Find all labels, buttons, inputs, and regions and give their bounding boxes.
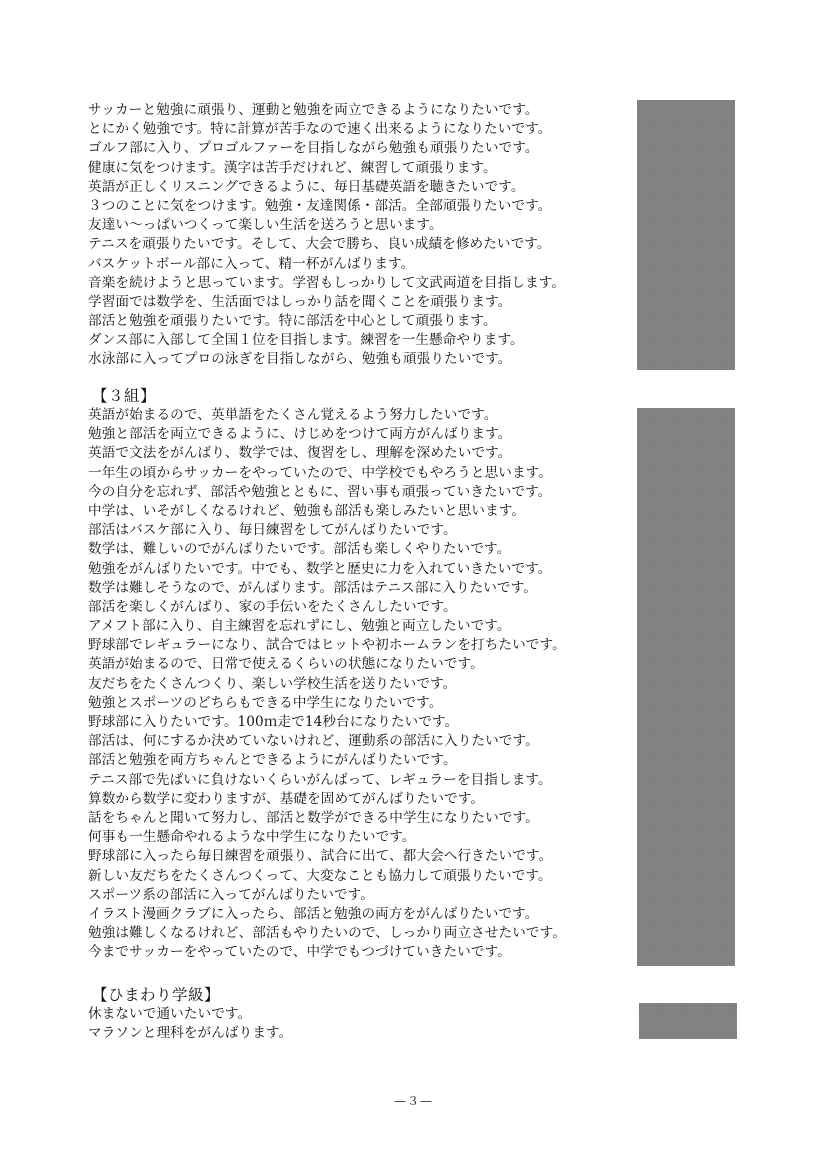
list-item: 勉強と部活を両立できるように、けじめをつけて両方がんばります。 — [88, 425, 618, 444]
list-item: 休まないで通いたいです。 — [88, 1005, 618, 1024]
list-item: 英語が始まるので、英単語をたくさん覚えるよう努力したいです。 — [88, 406, 618, 425]
list-item: サッカーと勉強に頑張り、運動と勉強を両立できるようになりたいです。 — [88, 101, 618, 120]
section-heading: 【３組】 — [92, 386, 618, 406]
list-item: アメフト部に入り、自主練習を忘れずにし、勉強と両立したいです。 — [88, 617, 618, 636]
document-page: サッカーと勉強に頑張り、運動と勉強を両立できるようになりたいです。 とにかく勉強… — [0, 0, 827, 1170]
list-item: 中学は、いそがしくなるけれど、勉強も部活も楽しみたいと思います。 — [88, 502, 618, 521]
list-item: テニスを頑張りたいです。そして、大会で勝ち、良い成績を修めたいです。 — [88, 235, 618, 254]
section-heading: 【ひまわり学級】 — [92, 985, 618, 1005]
list-item: とにかく勉強です。特に計算が苦手なので速く出来るようになりたいです。 — [88, 120, 618, 139]
list-item: 音楽を続けようと思っています。学習もしっかりして文武両道を目指します。 — [88, 274, 618, 293]
list-item: 今の自分を忘れず、部活や勉強とともに、習い事も頑張っていきたいです。 — [88, 483, 618, 502]
list-item: 野球部に入ったら毎日練習を頑張り、試合に出て、都大会へ行きたいです。 — [88, 847, 618, 866]
list-item: ３つのことに気をつけます。勉強・友達関係・部活。全部頑張りたいです。 — [88, 197, 618, 216]
section-himawari-class: 【ひまわり学級】 休まないで通いたいです。 マラソンと理科をがんばります。 — [88, 985, 618, 1043]
list-item: 算数から数学に変わりますが、基礎を固めてがんばりたいです。 — [88, 790, 618, 809]
list-item: イラスト漫画クラブに入ったら、部活と勉強の両方をがんばりたいです。 — [88, 905, 618, 924]
list-item: バスケットボール部に入って、精一杯がんばります。 — [88, 255, 618, 274]
list-item: 数学は難しそうなので、がんばります。部活はテニス部に入りたいです。 — [88, 579, 618, 598]
list-item: 一年生の頃からサッカーをやっていたので、中学校でもやろうと思います。 — [88, 464, 618, 483]
redaction-box — [637, 100, 735, 370]
list-item: 何事も一生懸命やれるような中学生になりたいです。 — [88, 828, 618, 847]
list-item: 部活は、何にするか決めていないけれど、運動系の部活に入りたいです。 — [88, 732, 618, 751]
list-item: 話をちゃんと聞いて努力し、部活と数学ができる中学生になりたいです。 — [88, 809, 618, 828]
section-previous-class: サッカーと勉強に頑張り、運動と勉強を両立できるようになりたいです。 とにかく勉強… — [88, 101, 618, 370]
list-item: 健康に気をつけます。漢字は苦手だけれど、練習して頑張ります。 — [88, 159, 618, 178]
list-item: ダンス部に入部して全国１位を目指します。練習を一生懸命やります。 — [88, 331, 618, 350]
list-item: 英語が正しくリスニングできるように、毎日基礎英語を聴きたいです。 — [88, 178, 618, 197]
page-number: —３— — [0, 1094, 827, 1108]
list-item: スポーツ系の部活に入ってがんばりたいです。 — [88, 886, 618, 905]
list-item: 水泳部に入ってプロの泳ぎを目指しながら、勉強も頑張りたいです。 — [88, 350, 618, 369]
list-item: 英語で文法をがんばり、数学では、復習をし、理解を深めたいです。 — [88, 444, 618, 463]
list-item: 勉強は難しくなるけれど、部活もやりたいので、しっかり両立させたいです。 — [88, 924, 618, 943]
list-item: 勉強とスポーツのどちらもできる中学生になりたいです。 — [88, 694, 618, 713]
list-item: 学習面では数学を、生活面ではしっかり話を聞くことを頑張ります。 — [88, 293, 618, 312]
redaction-box — [639, 1003, 737, 1039]
list-item: 数学は、難しいのでがんばりたいです。部活も楽しくやりたいです。 — [88, 540, 618, 559]
list-item: 部活と勉強を頑張りたいです。特に部活を中心として頑張ります。 — [88, 312, 618, 331]
list-item: 新しい友だちをたくさんつくって、大変なことも協力して頑張りたいです。 — [88, 867, 618, 886]
list-item: 今までサッカーをやっていたので、中学でもつづけていきたいです。 — [88, 943, 618, 962]
list-item: 友達い～っぱいつくって楽しい生活を送ろうと思います。 — [88, 216, 618, 235]
list-item: 部活と勉強を両方ちゃんとできるようにがんばりたいです。 — [88, 751, 618, 770]
redaction-box — [637, 408, 735, 966]
list-item: 友だちをたくさんつくり、楽しい学校生活を送りたいです。 — [88, 675, 618, 694]
list-item: 勉強をがんばりたいです。中でも、数学と歴史に力を入れていきたいです。 — [88, 560, 618, 579]
list-item: 部活はバスケ部に入り、毎日練習をしてがんばりたいです。 — [88, 521, 618, 540]
list-item: テニス部で先ぱいに負けないくらいがんばって、レギュラーを目指します。 — [88, 771, 618, 790]
list-item: 野球部でレギュラーになり、試合ではヒットや初ホームランを打ちたいです。 — [88, 636, 618, 655]
list-item: 英語が始まるので、日常で使えるくらいの状態になりたいです。 — [88, 655, 618, 674]
list-item: ゴルフ部に入り、プロゴルファーを目指しながら勉強も頑張りたいです。 — [88, 139, 618, 158]
list-item: 部活を楽しくがんばり、家の手伝いをたくさんしたいです。 — [88, 598, 618, 617]
list-item: 野球部に入りたいです。100ｍ走で14秒台になりたいです。 — [88, 713, 618, 732]
list-item: マラソンと理科をがんばります。 — [88, 1024, 618, 1043]
section-class-3: 【３組】 英語が始まるので、英単語をたくさん覚えるよう努力したいです。 勉強と部… — [88, 386, 618, 962]
